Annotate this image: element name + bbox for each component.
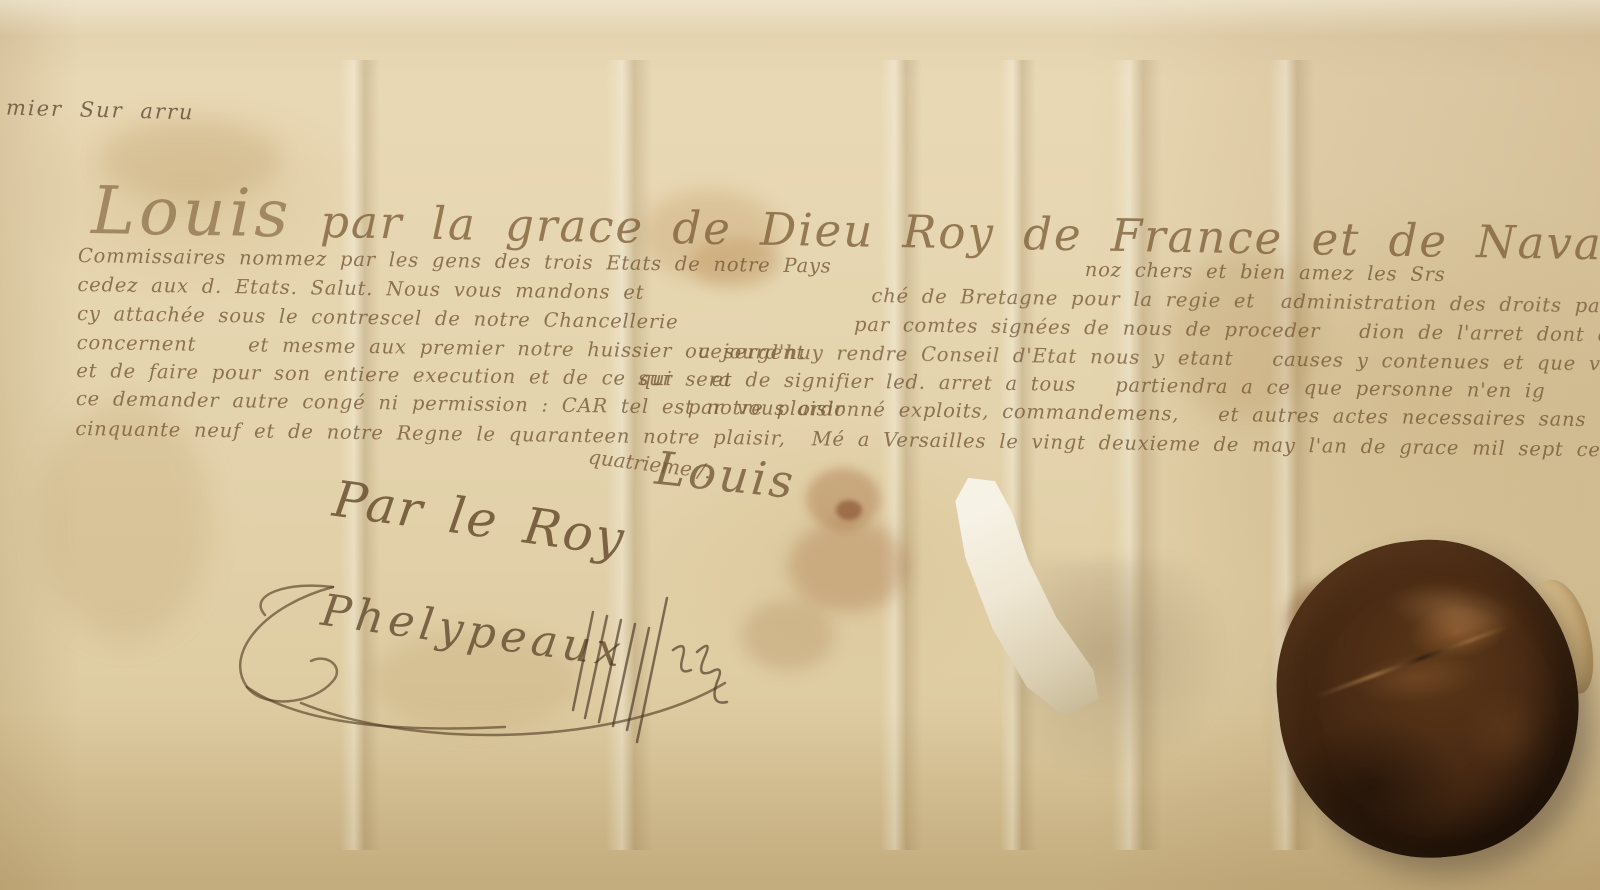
pen-strokes bbox=[555, 590, 735, 760]
seal-crack bbox=[1315, 624, 1509, 698]
body-text: Commissaires nommez par les gens des tro… bbox=[0, 0, 1600, 621]
seal-highlight bbox=[1386, 576, 1522, 646]
photograph: mier Sur arru Louis par la grace de Dieu… bbox=[0, 0, 1600, 890]
stain bbox=[742, 600, 834, 670]
